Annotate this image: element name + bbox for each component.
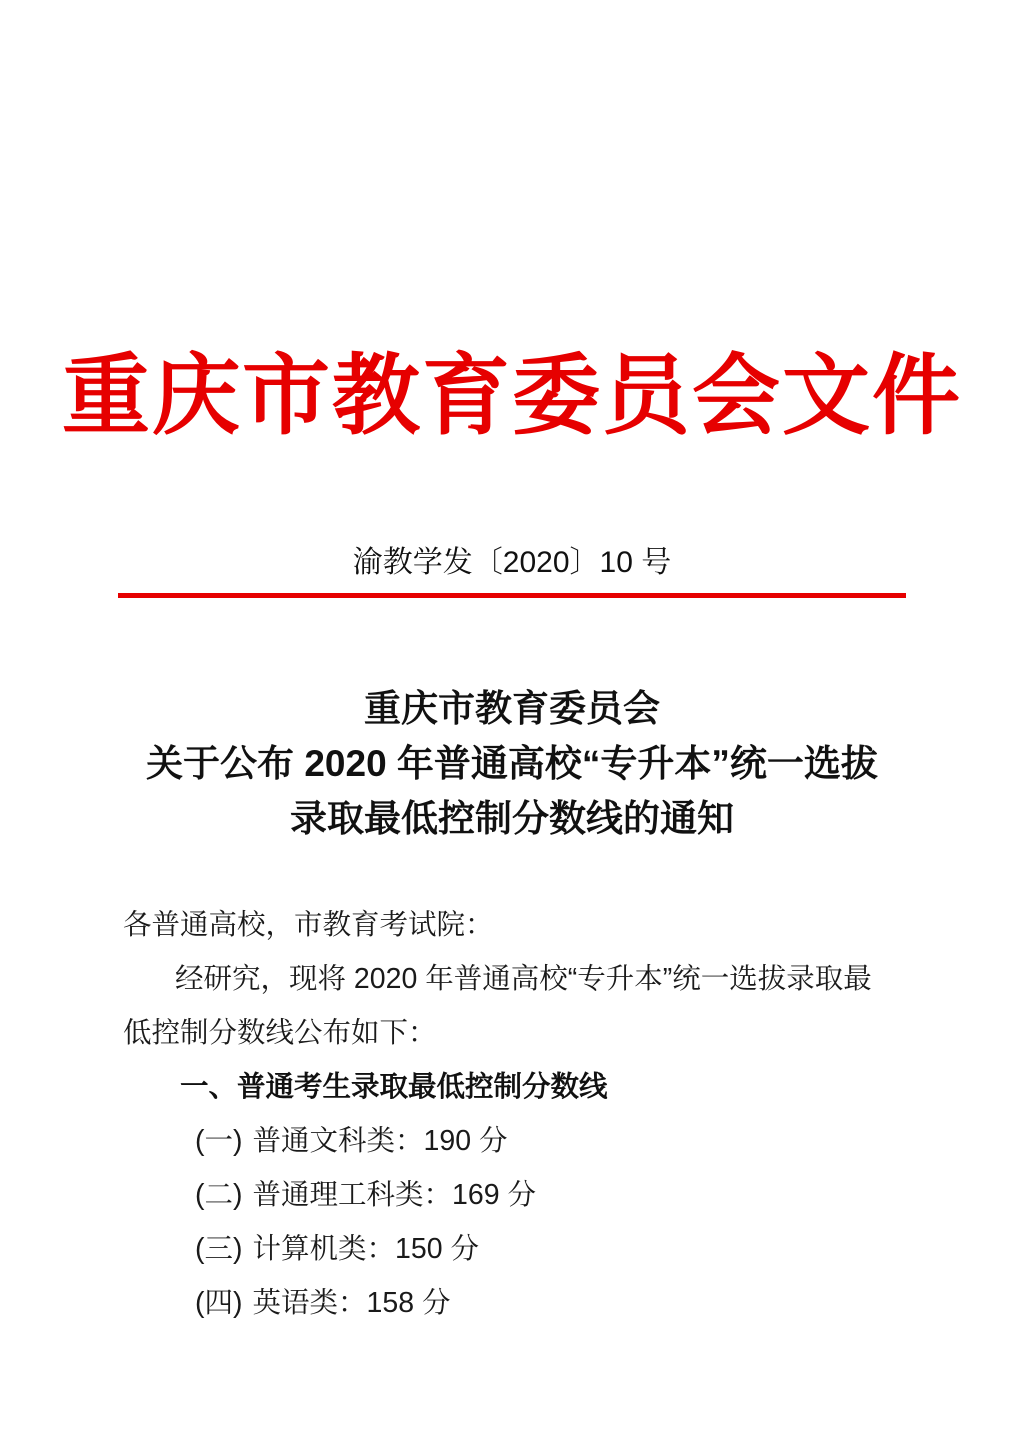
score-item-english: (四)英语类：158 分 [123,1276,907,1330]
notice-body: 各普通高校，市教育考试院： 经研究，现将 2020 年普通高校“专升本”统一选拔… [123,898,907,1330]
paragraph-line-1: 经研究，现将 2020 年普通高校“专升本”统一选拔录取最 [123,952,907,1006]
section-heading: 一、普通考生录取最低控制分数线 [123,1060,907,1114]
masthead-title: 重庆市教育委员会文件 [0,346,1024,450]
item-marker: (三) [195,1233,242,1265]
item-score: 169 分 [452,1179,536,1211]
item-label: 英语类： [252,1287,366,1319]
item-marker: (四) [195,1287,242,1319]
item-label: 计算机类： [252,1233,395,1265]
score-item-science-engineering: (二)普通理工科类：169 分 [123,1168,907,1222]
score-item-computer: (三)计算机类：150 分 [123,1222,907,1276]
doc-reference-number: 渝教学发〔2020〕10 号 [0,543,1024,583]
item-marker: (二) [195,1179,242,1211]
item-score: 150 分 [395,1233,479,1265]
notice-title-line-1: 重庆市教育委员会 [0,681,1024,736]
item-score: 158 分 [367,1287,451,1319]
item-label: 普通理工科类： [252,1179,452,1211]
document-page: 重庆市教育委员会文件 渝教学发〔2020〕10 号 重庆市教育委员会 关于公布 … [0,0,1024,1448]
item-marker: (一) [195,1125,242,1157]
salutation-line: 各普通高校，市教育考试院： [123,898,907,952]
item-score: 190 分 [424,1125,508,1157]
notice-title: 重庆市教育委员会 关于公布 2020 年普通高校“专升本”统一选拔 录取最低控制… [0,681,1024,846]
paragraph-line-2: 低控制分数线公布如下： [123,1006,907,1060]
item-label: 普通文科类： [252,1125,423,1157]
notice-title-line-2: 关于公布 2020 年普通高校“专升本”统一选拔 [0,736,1024,791]
score-item-liberal-arts: (一)普通文科类：190 分 [123,1114,907,1168]
red-divider-rule [118,593,906,598]
notice-title-line-3: 录取最低控制分数线的通知 [0,791,1024,846]
